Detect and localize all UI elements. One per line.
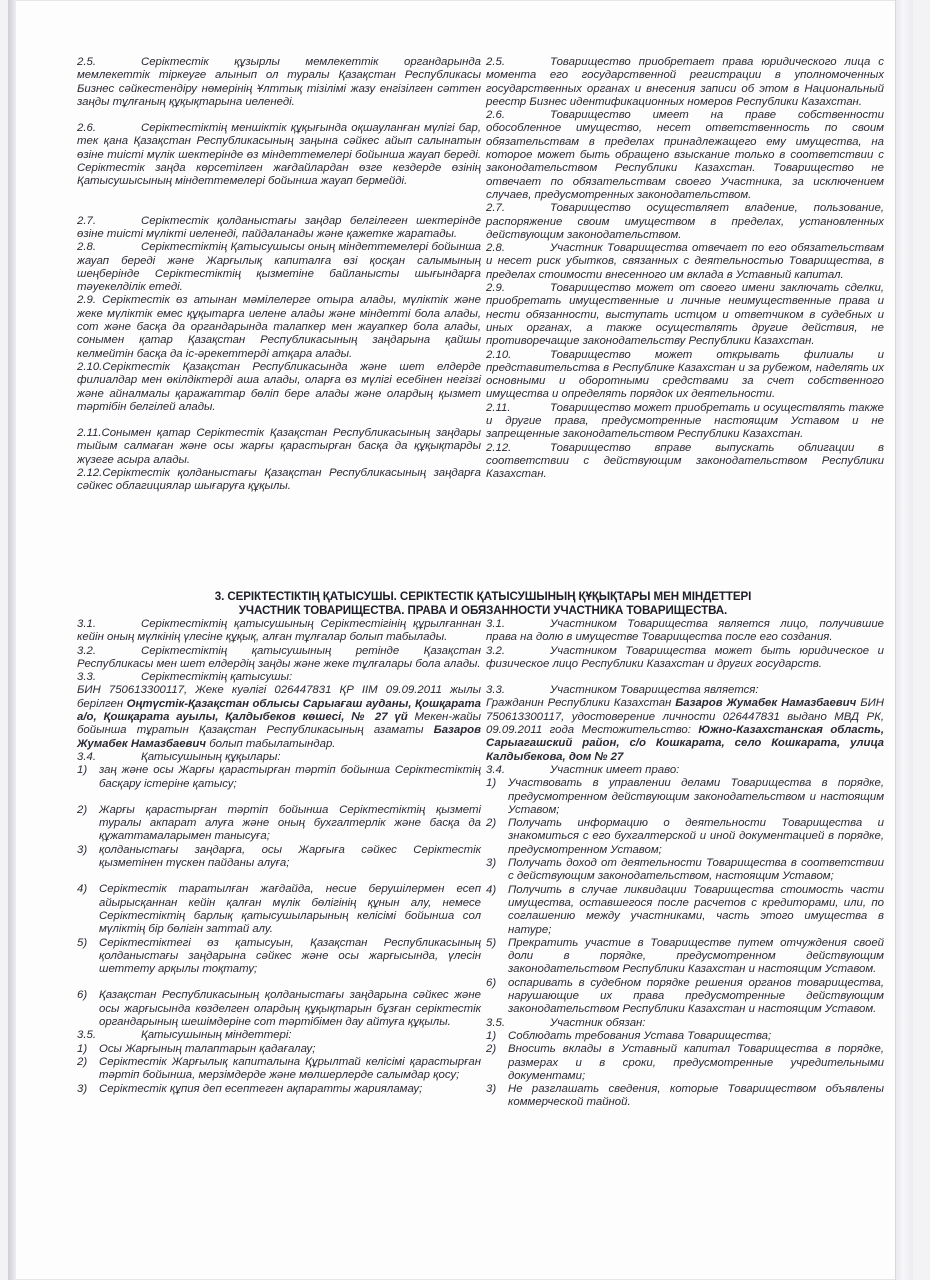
list-item: 4)Серіктестік таратылған жағдайда, несие… bbox=[77, 883, 481, 936]
list-item: 1)Соблюдать требования Устава Товарищест… bbox=[486, 1030, 884, 1043]
clause-ru-2-7: 2.7.Товарищество осуществляет владение, … bbox=[486, 202, 884, 242]
clause-ru-2-10: 2.10.Товарищество может открывать филиал… bbox=[486, 349, 884, 402]
duties-list-ru: 1)Соблюдать требования Устава Товарищест… bbox=[486, 1030, 884, 1110]
page-shadow-left bbox=[8, 0, 16, 1280]
list-item: 5)Серіктестіктегі өз қатысуын, Қазақстан… bbox=[77, 937, 481, 977]
list-item: 2)Получать информацию о деятельности Тов… bbox=[486, 817, 884, 857]
clause-ru-2-12: 2.12.Товарищество вправе выпускать облиг… bbox=[486, 442, 884, 482]
list-item: 3)Получать доход от деятельности Товарищ… bbox=[486, 857, 884, 884]
column-ru-section2: 2.5.Товарищество приобретает права юриди… bbox=[486, 56, 884, 482]
column-kz-section2: 2.5.Серіктестік құзырлы мемлекеттік орга… bbox=[77, 56, 481, 494]
list-item: 4)Получить в случае ликвидации Товарищес… bbox=[486, 884, 884, 937]
clause-kz-3-2: 3.2.Серіктестіктің қатысушының ретінде Қ… bbox=[77, 645, 481, 672]
column-ru-section3: 3.1.Участником Товарищества является лиц… bbox=[486, 618, 884, 1110]
column-kz-section3: 3.1.Серіктестіктің қатысушының Серіктест… bbox=[77, 618, 481, 1096]
clause-kz-2-5: 2.5.Серіктестік құзырлы мемлекеттік орга… bbox=[77, 56, 481, 109]
clause-kz-3-4-label: 3.4.Қатысушының құқылары: bbox=[77, 751, 481, 764]
clause-ru-2-6: 2.6.Товарищество имеет на праве собствен… bbox=[486, 109, 884, 202]
list-item: 3)Серіктестік құпия деп есептеген ақпара… bbox=[77, 1083, 481, 1096]
list-item: 6)оспаривать в судебном порядке решения … bbox=[486, 977, 884, 1017]
clause-ru-3-4-label: 3.4.Участник имеет право: bbox=[486, 764, 884, 777]
document-page: 2.5.Серіктестік құзырлы мемлекеттік орга… bbox=[8, 0, 913, 1280]
clause-kz-3-5-label: 3.5.Қатысушының міндеттері: bbox=[77, 1029, 481, 1042]
clause-kz-2-7: 2.7.Серіктестік қолданыстағы заңдар белг… bbox=[77, 215, 481, 242]
list-item: 2)Жарғы қарастырған тәртіп бойынша Серік… bbox=[77, 804, 481, 844]
clause-ru-3-1: 3.1.Участником Товарищества является лиц… bbox=[486, 618, 884, 645]
clause-ru-3-3-body: Гражданин Республики Казахстан Базаров Ж… bbox=[486, 697, 884, 763]
clause-kz-2-12: 2.12.Серіктестік қолданыстағы Қазақстан … bbox=[77, 467, 481, 494]
list-item: 2)Вносить вклады в Уставный капитал Това… bbox=[486, 1043, 884, 1083]
list-item: 5)Прекратить участие в Товариществе путе… bbox=[486, 937, 884, 977]
clause-kz-3-1: 3.1.Серіктестіктің қатысушының Серіктест… bbox=[77, 618, 481, 645]
list-item: 1)Осы Жарғының талаптарын қадағалау; bbox=[77, 1043, 481, 1056]
clause-kz-3-3-label: 3.3.Серіктестіктің қатысушы: bbox=[77, 671, 481, 684]
section-3-heading-kz: 3. СЕРІКТЕСТІКТІҢ ҚАТЫСУШЫ. СЕРІКТЕСТІК … bbox=[68, 590, 898, 604]
clause-ru-2-8: 2.8.Участник Товарищества отвечает по ег… bbox=[486, 242, 884, 282]
clause-ru-2-5: 2.5.Товарищество приобретает права юриди… bbox=[486, 56, 884, 109]
page-edge-right bbox=[895, 0, 913, 1280]
clause-ru-3-2: 3.2.Участником Товарищества может быть ю… bbox=[486, 645, 884, 672]
list-item: 1)Участвовать в управлении делами Товари… bbox=[486, 777, 884, 817]
clause-kz-2-6: 2.6.Серіктестіктің меншіктік құқығында о… bbox=[77, 122, 481, 188]
clause-kz-2-10: 2.10.Серіктестік Қазақстан Республикасын… bbox=[77, 361, 481, 414]
list-item: 1)заң және осы Жарғы қарастырған тәртіп … bbox=[77, 764, 481, 791]
clause-ru-2-9: 2.9.Товарищество может от своего имени з… bbox=[486, 282, 884, 348]
rights-list-ru: 1)Участвовать в управлении делами Товари… bbox=[486, 777, 884, 1016]
list-item: 3)қолданыстағы заңдарға, осы Жарғыға сәй… bbox=[77, 844, 481, 871]
clause-ru-3-3-label: 3.3.Участником Товарищества является: bbox=[486, 684, 884, 697]
clause-kz-3-3-body: БИН 750613300117, Жеке куәлігі 026447831… bbox=[77, 684, 481, 750]
list-item: 2)Серіктестік Жарғылық капиталына Құрылт… bbox=[77, 1056, 481, 1083]
list-item: 3)Не разглашать сведения, которые Товари… bbox=[486, 1083, 884, 1110]
clause-kz-2-9: 2.9. Серіктестік өз атынан мәмілелерге о… bbox=[77, 294, 481, 360]
section-3-heading: 3. СЕРІКТЕСТІКТІҢ ҚАТЫСУШЫ. СЕРІКТЕСТІК … bbox=[68, 590, 898, 617]
duties-list-kz: 1)Осы Жарғының талаптарын қадағалау; 2)С… bbox=[77, 1043, 481, 1096]
clause-kz-2-8: 2.8.Серіктестіктің Қатысушысы оның мінде… bbox=[77, 241, 481, 294]
section-3-heading-ru: УЧАСТНИК ТОВАРИЩЕСТВА. ПРАВА И ОБЯЗАННОС… bbox=[68, 604, 898, 618]
clause-ru-2-11: 2.11.Товарищество может приобретать и ос… bbox=[486, 402, 884, 442]
clause-kz-2-11: 2.11.Сонымен қатар Серіктестік Қазақстан… bbox=[77, 427, 481, 467]
list-item: 6)Қазақстан Республикасының қолданыстағы… bbox=[77, 989, 481, 1029]
rights-list-kz: 1)заң және осы Жарғы қарастырған тәртіп … bbox=[77, 764, 481, 1029]
clause-ru-3-5-label: 3.5.Участник обязан: bbox=[486, 1017, 884, 1030]
